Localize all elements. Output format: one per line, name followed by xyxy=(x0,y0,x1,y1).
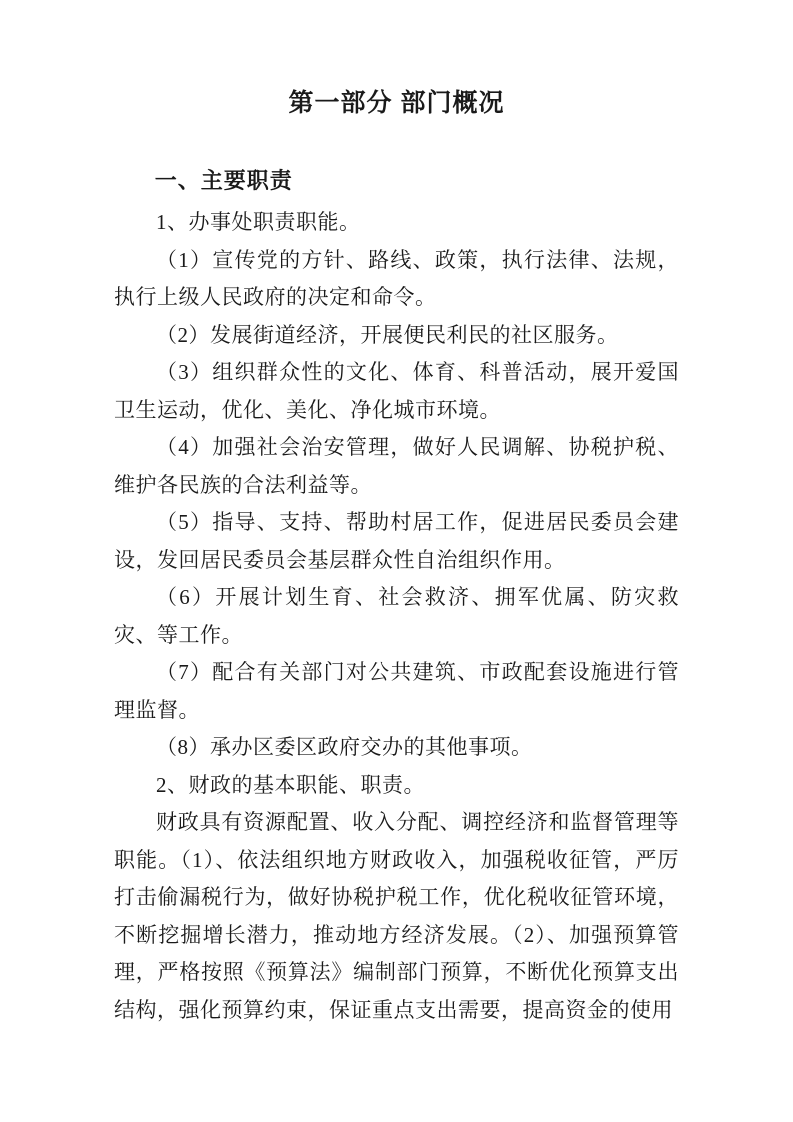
document-page: 第一部分 部门概况 一、主要职责 1、办事处职责职能。 （1）宣传党的方针、路线… xyxy=(0,0,793,1122)
section-heading-main-duties: 一、主要职责 xyxy=(114,166,679,196)
paragraph-item-6: （6）开展计划生育、社会救济、拥军优属、防灾救灾、等工作。 xyxy=(114,579,679,654)
paragraph-office-duties: 1、办事处职责职能。 xyxy=(114,204,679,242)
paragraph-item-7: （7）配合有关部门对公共建筑、市政配套设施进行管理监督。 xyxy=(114,654,679,729)
paragraph-item-3: （3）组织群众性的文化、体育、科普活动，展开爱国卫生运动，优化、美化、净化城市环… xyxy=(114,354,679,429)
paragraph-finance-functions: 财政具有资源配置、收入分配、调控经济和监督管理等职能。（1）、依法组织地方财政收… xyxy=(114,804,679,1029)
paragraph-item-2: （2）发展街道经济，开展便民利民的社区服务。 xyxy=(114,317,679,355)
paragraph-item-5: （5）指导、支持、帮助村居工作，促进居民委员会建设，发回居民委员会基层群众性自治… xyxy=(114,504,679,579)
document-title: 第一部分 部门概况 xyxy=(114,86,679,120)
paragraph-item-4: （4）加强社会治安管理，做好人民调解、协税护税、维护各民族的合法利益等。 xyxy=(114,429,679,504)
paragraph-finance-duties: 2、财政的基本职能、职责。 xyxy=(114,767,679,805)
paragraph-item-1: （1）宣传党的方针、路线、政策，执行法律、法规，执行上级人民政府的决定和命令。 xyxy=(114,242,679,317)
paragraph-item-8: （8）承办区委区政府交办的其他事项。 xyxy=(114,729,679,767)
